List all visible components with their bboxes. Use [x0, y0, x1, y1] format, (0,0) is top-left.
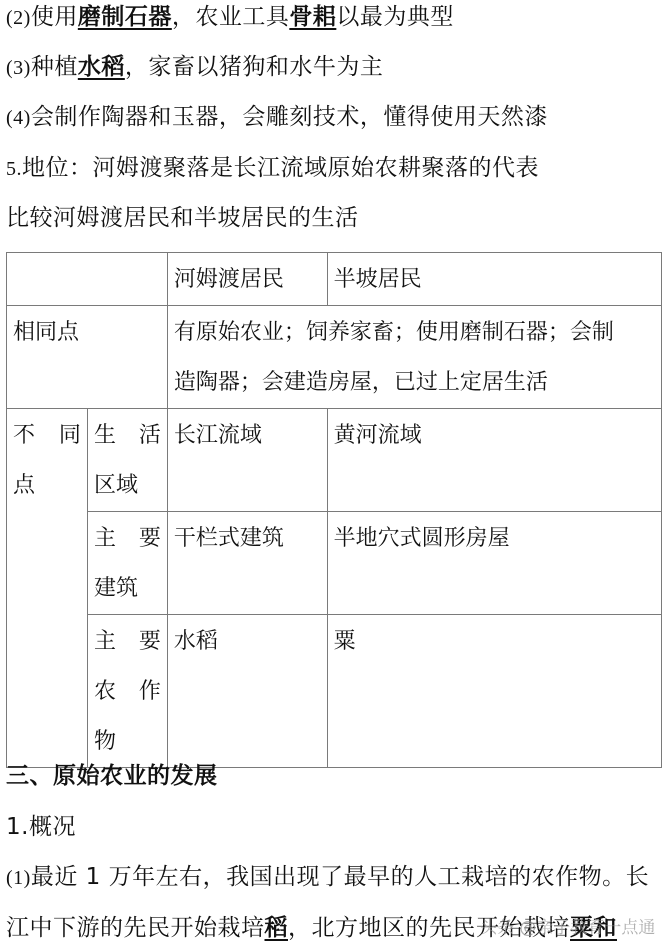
item-number: 5. [6, 158, 22, 180]
item-number: (2) [6, 7, 31, 29]
label-char: 要 [139, 617, 161, 667]
cell-banpo: 粟 [327, 615, 661, 768]
label-char: 建筑 [94, 564, 161, 614]
item-number: (3) [6, 57, 31, 79]
paragraph-line: (1)最近 1 万年左右，我国出现了最早的人工栽培的农作物。长 [6, 862, 649, 893]
label-char: 主 [94, 514, 116, 564]
item-3: (3)种植水稻，家畜以猪狗和水牛为主 [6, 52, 383, 83]
item-number: (1) [6, 867, 31, 889]
highlight-term: 骨耜 [289, 4, 336, 30]
row-label-crops: 主要 农作 物 [87, 615, 167, 768]
table-row-crops: 主要 农作 物 水稻 粟 [7, 615, 662, 768]
section-heading: 三、原始农业的发展 [6, 761, 218, 791]
same-text-line: 有原始农业；饲养家畜；使用磨制石器；会制 [174, 308, 655, 358]
table-row-same: 相同点 有原始农业；饲养家畜；使用磨制石器；会制 造陶器；会建造房屋，已过上定居… [7, 306, 662, 409]
text: ，家畜以猪狗和水牛为主 [125, 54, 384, 80]
label-char: 要 [139, 514, 161, 564]
subsection-title: 1.概况 [6, 812, 76, 842]
label-char: 生 [94, 411, 116, 461]
comparison-table: 河姆渡居民 半坡居民 相同点 有原始农业；饲养家畜；使用磨制石器；会制 造陶器；… [6, 252, 662, 768]
same-text-line: 造陶器；会建造房屋，已过上定居生活 [174, 358, 655, 408]
text: 会制作陶器和玉器，会雕刻技术，懂得使用天然漆 [31, 104, 548, 130]
table-row-building: 主要 建筑 干栏式建筑 半地穴式圆形房屋 [7, 512, 662, 615]
highlight-term: 稻 [265, 915, 289, 941]
cell-hemudu: 干栏式建筑 [167, 512, 327, 615]
same-text: 有原始农业；饲养家畜；使用磨制石器；会制 造陶器；会建造房屋，已过上定居生活 [167, 306, 661, 409]
item-number: (4) [6, 107, 31, 129]
text: 地位：河姆渡聚落是长江流域原始农耕聚落的代表 [22, 155, 539, 181]
text: 使用 [31, 4, 78, 30]
table-row-region: 不同 点 生活 区域 长江流域 黄河流域 [7, 409, 662, 512]
label-char: 区域 [94, 461, 161, 511]
item-4: (4)会制作陶器和玉器，会雕刻技术，懂得使用天然漆 [6, 102, 548, 133]
item-2: (2)使用磨制石器，农业工具骨耜以最为典型 [6, 2, 454, 33]
same-label: 相同点 [7, 306, 168, 409]
row-label-region: 生活 区域 [87, 409, 167, 512]
label-char: 同 [59, 411, 81, 461]
cell-banpo: 黄河流域 [327, 409, 661, 512]
label-char: 主 [94, 617, 116, 667]
label-char: 点 [13, 461, 81, 511]
cell-hemudu: 长江流域 [167, 409, 327, 512]
label-char: 活 [139, 411, 161, 461]
watermark: 头条 @亲子教育一点通 [480, 913, 655, 938]
label-char: 作 [139, 667, 161, 717]
header-hemudu: 河姆渡居民 [167, 253, 327, 306]
highlight-term: 水稻 [78, 54, 125, 80]
row-label-building: 主要 建筑 [87, 512, 167, 615]
table-header-row: 河姆渡居民 半坡居民 [7, 253, 662, 306]
text: 最近 1 万年左右，我国出现了最早的人工栽培的农作物。长 [31, 864, 649, 890]
text: 江中下游的先民开始栽培 [6, 915, 265, 941]
cell-banpo: 半地穴式圆形房屋 [327, 512, 661, 615]
item-5: 5.地位：河姆渡聚落是长江流域原始农耕聚落的代表 [6, 153, 539, 184]
compare-title: 比较河姆渡居民和半坡居民的生活 [6, 203, 359, 233]
label-char: 不 [13, 411, 35, 461]
label-char: 农 [94, 667, 116, 717]
empty-cell [7, 253, 168, 306]
diff-label: 不同 点 [7, 409, 88, 768]
text: 以最为典型 [336, 4, 454, 30]
text: 种植 [31, 54, 78, 80]
cell-hemudu: 水稻 [167, 615, 327, 768]
header-banpo: 半坡居民 [327, 253, 661, 306]
highlight-term: 磨制石器 [78, 4, 172, 30]
label-char: 物 [94, 717, 161, 767]
text: ，农业工具 [172, 4, 290, 30]
